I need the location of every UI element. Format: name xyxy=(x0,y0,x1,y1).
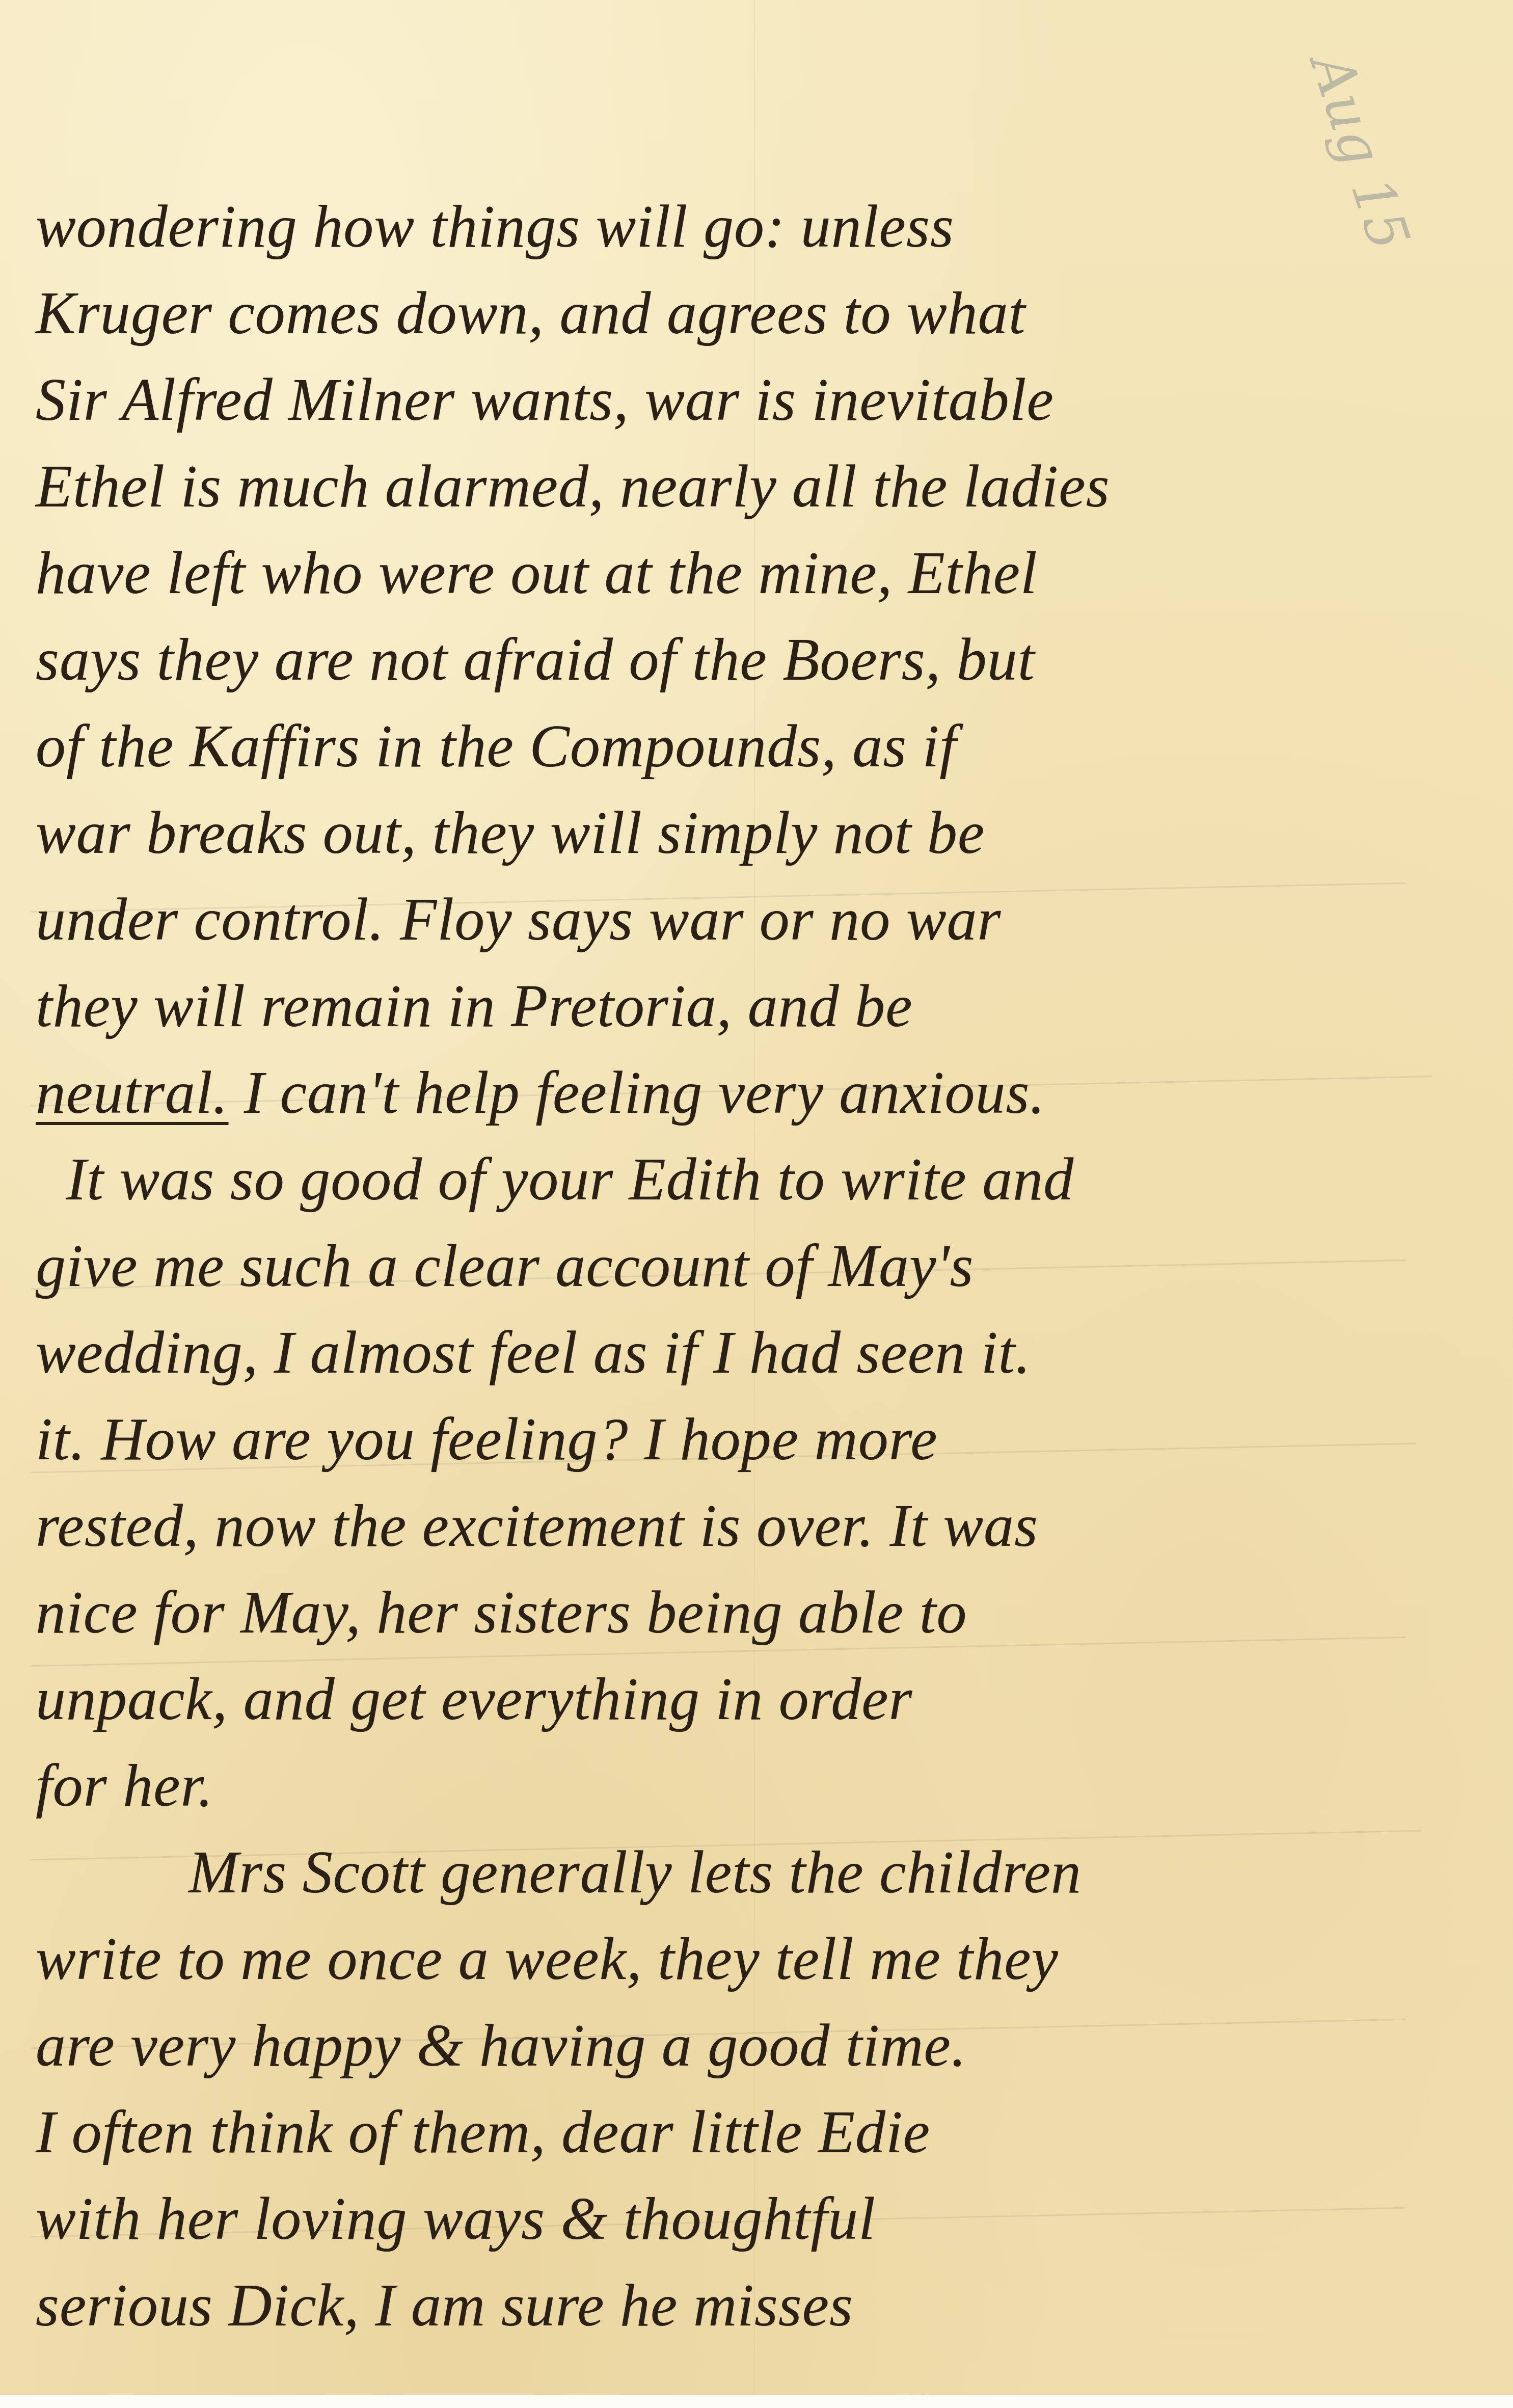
letter-line-11: neutral. I can't help feeling very anxio… xyxy=(36,1050,1493,1136)
letter-line-13: give me such a clear account of May's xyxy=(36,1223,1493,1309)
letter-line-15: it. How are you feeling? I hope more xyxy=(36,1396,1493,1483)
letter-line-23: I often think of them, dear little Edie xyxy=(36,2089,1493,2176)
letter-line-6: says they are not afraid of the Boers, b… xyxy=(36,617,1493,703)
letter-line-12: It was so good of your Edith to write an… xyxy=(36,1136,1493,1223)
letter-line-11-text: I can't help feeling very anxious. xyxy=(228,1059,1045,1126)
letter-line-8: war breaks out, they will simply not be xyxy=(36,790,1493,876)
letter-line-3: Sir Alfred Milner wants, war is inevitab… xyxy=(36,357,1493,443)
letter-line-16: rested, now the excitement is over. It w… xyxy=(36,1483,1493,1569)
letter-line-7: of the Kaffirs in the Compounds, as if xyxy=(36,703,1493,790)
letter-line-21: write to me once a week, they tell me th… xyxy=(36,1916,1493,2002)
letter-line-22: are very happy & having a good time. xyxy=(36,2002,1493,2089)
letter-line-19: for her. xyxy=(36,1743,1493,1829)
letter-line-9: under control. Floy says war or no war xyxy=(36,876,1493,963)
letter-line-2: Kruger comes down, and agrees to what xyxy=(36,270,1493,357)
letter-line-1: wondering how things will go: unless xyxy=(36,183,1493,270)
letter-line-25: serious Dick, I am sure he misses xyxy=(36,2262,1493,2349)
letter-line-17: nice for May, her sisters being able to xyxy=(36,1569,1493,1656)
letter-line-18: unpack, and get everything in order xyxy=(36,1656,1493,1743)
letter-line-20: Mrs Scott generally lets the children xyxy=(36,1829,1493,1916)
letter-line-10: they will remain in Pretoria, and be xyxy=(36,963,1493,1050)
letter-line-5: have left who were out at the mine, Ethe… xyxy=(36,530,1493,617)
underlined-word: neutral. xyxy=(36,1059,228,1126)
letter-line-24: with her loving ways & thoughtful xyxy=(36,2176,1493,2262)
letter-line-14: wedding, I almost feel as if I had seen … xyxy=(36,1309,1493,1396)
letter-line-4: Ethel is much alarmed, nearly all the la… xyxy=(36,443,1493,530)
scan-bottom-margin xyxy=(0,2395,1513,2408)
letter-body: wondering how things will go: unless Kru… xyxy=(36,183,1493,2349)
